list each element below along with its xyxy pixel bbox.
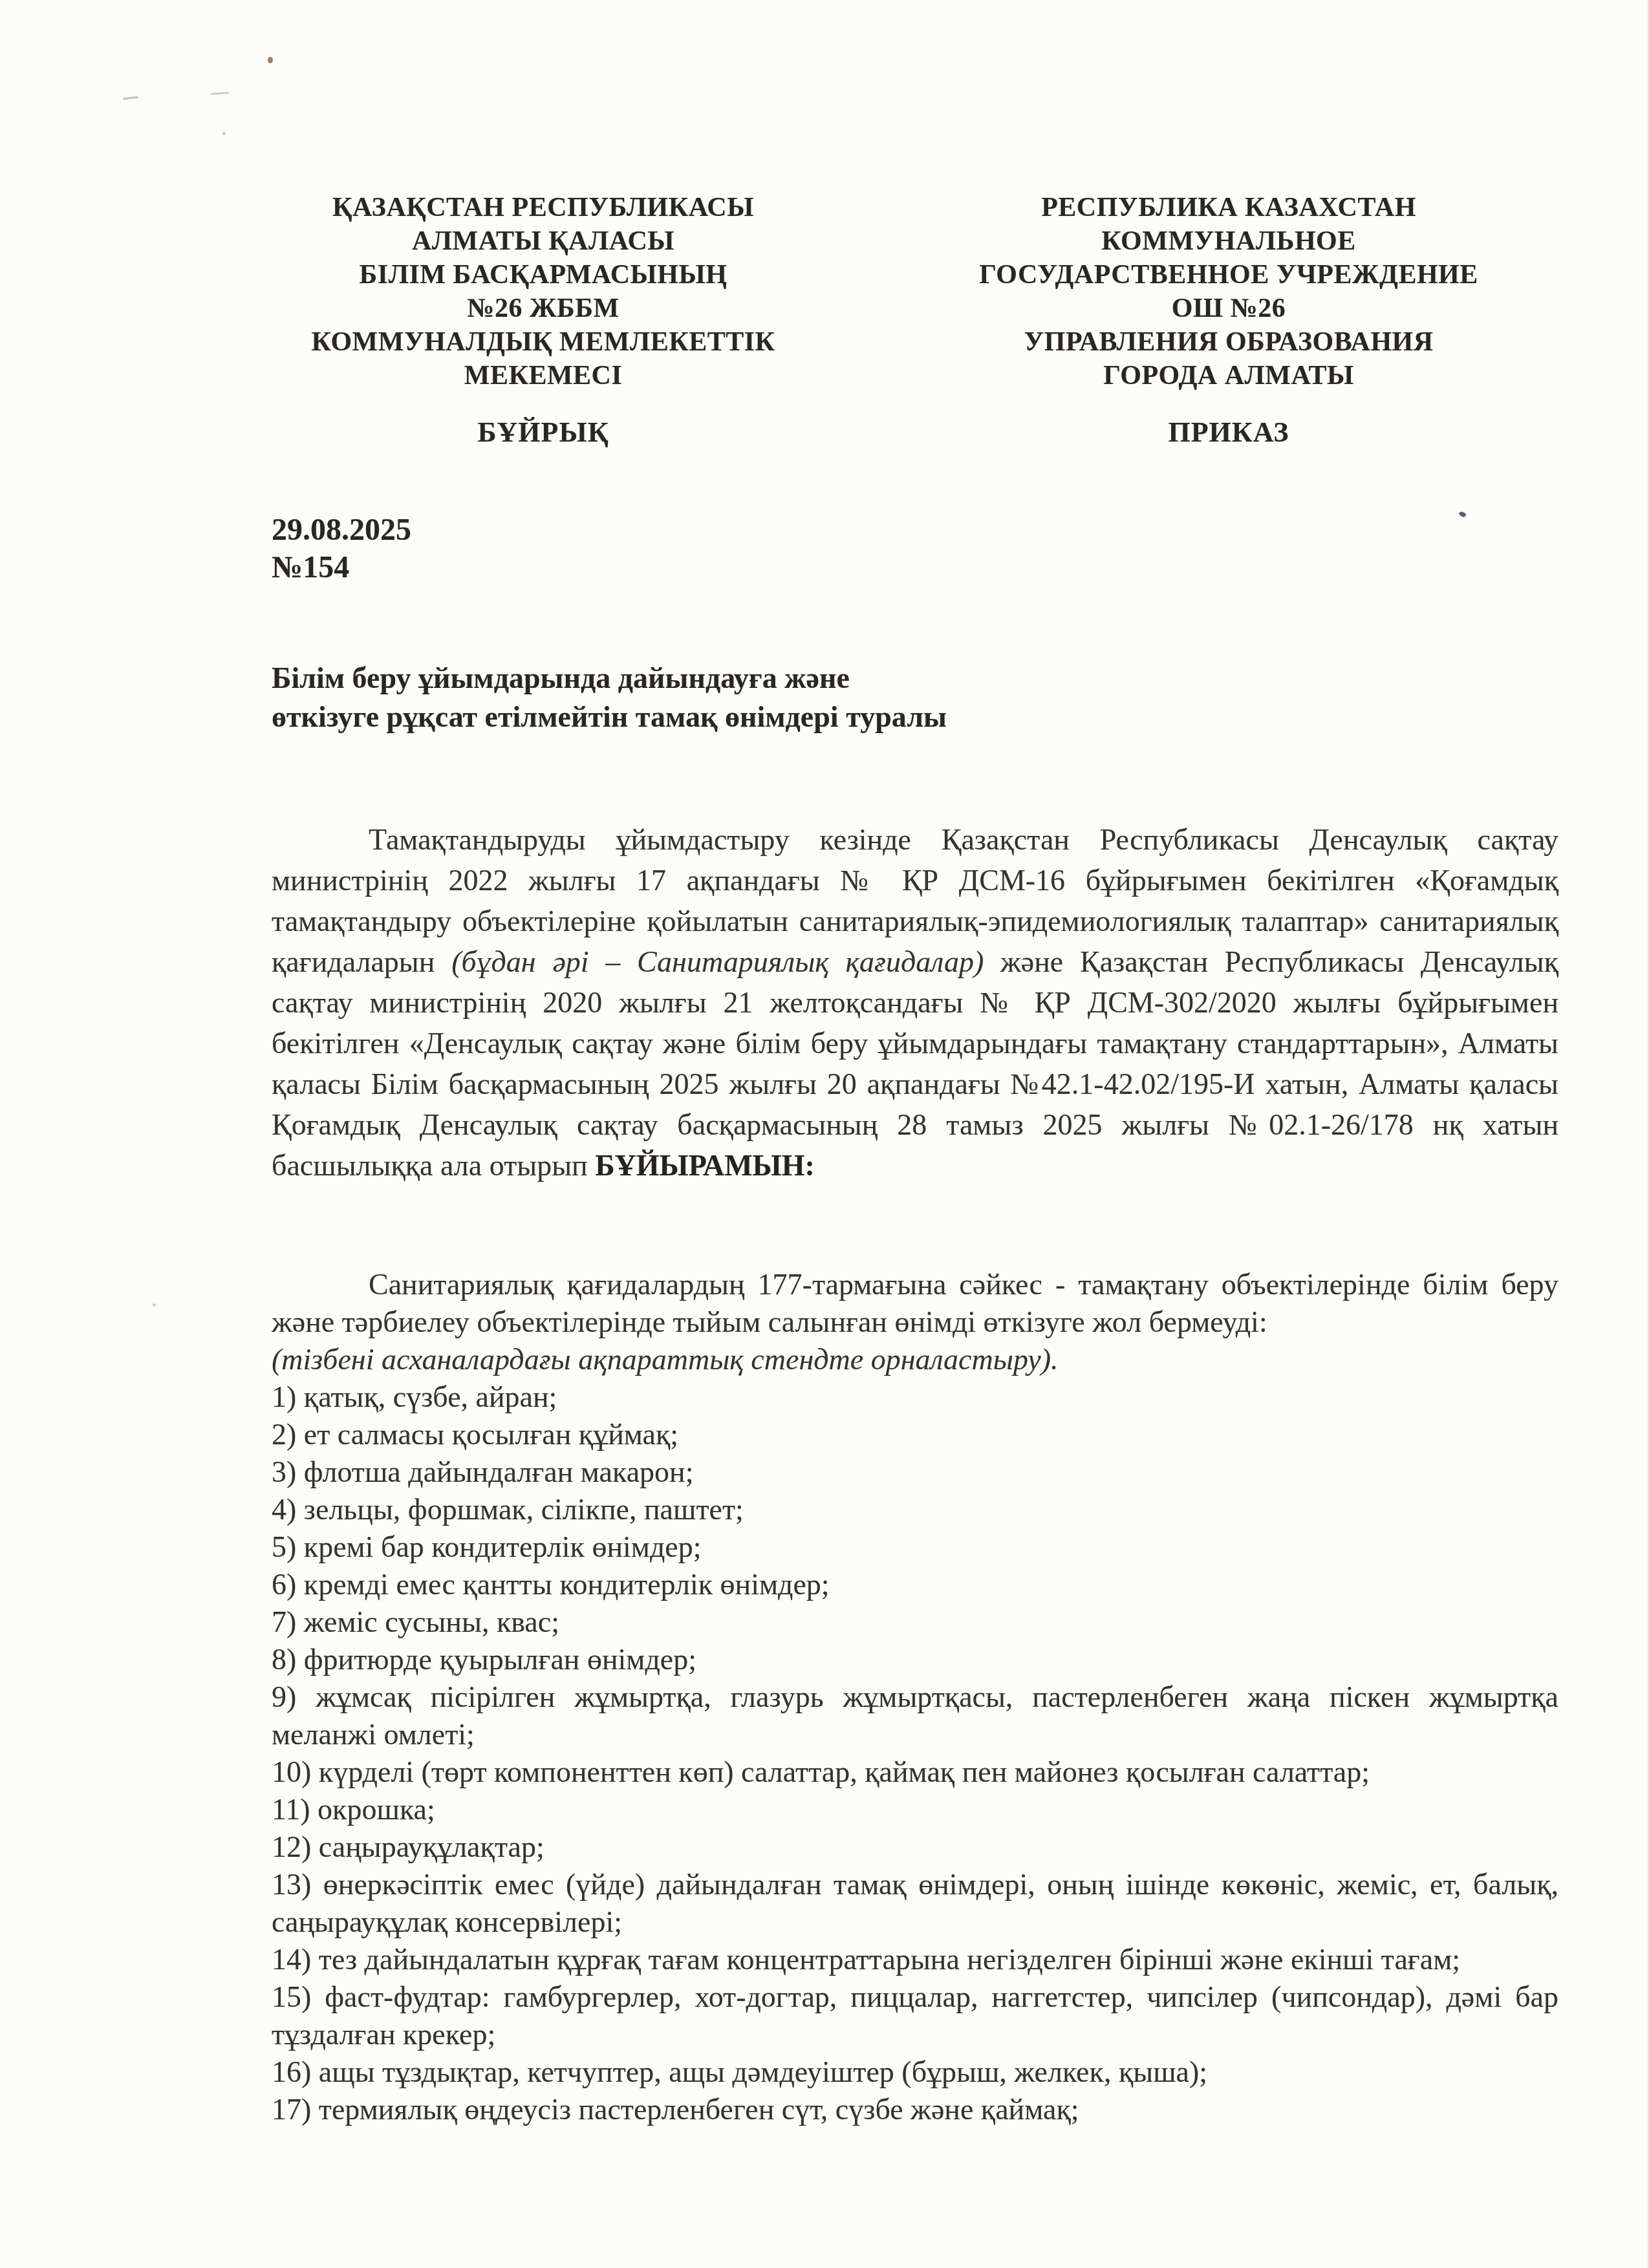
letterhead-line: БІЛІМ БАСҚАРМАСЫНЫҢ bbox=[272, 258, 815, 292]
letterhead-line: КОММУНАЛЬНОЕ bbox=[938, 224, 1520, 258]
list-item: 9) жұмсақ пісірілген жұмыртқа, глазурь ж… bbox=[272, 1678, 1558, 1753]
preamble-paragraph: Тамақтандыруды ұйымдастыру кезінде Қазақ… bbox=[272, 819, 1558, 1186]
prohibited-items-list: 1) қатық, сүзбе, айран; 2) ет салмасы қо… bbox=[272, 1378, 1558, 2128]
list-item: 3) флотша дайындалған макарон; bbox=[272, 1453, 1558, 1491]
letterhead-line: РЕСПУБЛИКА КАЗАХСТАН bbox=[938, 191, 1520, 224]
letterhead-line: ГОРОДА АЛМАТЫ bbox=[938, 359, 1520, 392]
subject-line-2: өткізуге рұқсат етілмейтін тамақ өнімдер… bbox=[272, 698, 1558, 736]
list-item: 14) тез дайындалатын құрғақ тағам концен… bbox=[272, 1941, 1558, 1978]
letterhead-line: МЕКЕМЕСІ bbox=[272, 359, 815, 392]
list-item: 12) саңырауқұлақтар; bbox=[272, 1828, 1558, 1866]
order-number: №154 bbox=[272, 549, 1558, 586]
decree-word: БҰЙЫРАМЫН: bbox=[595, 1149, 815, 1182]
letterhead-line: КОММУНАЛДЫҚ МЕМЛЕКЕТТІК bbox=[272, 325, 815, 359]
list-item: 8) фритюрде қуырылған өнімдер; bbox=[272, 1641, 1558, 1678]
letterhead-russian: РЕСПУБЛИКА КАЗАХСТАН КОММУНАЛЬНОЕ ГОСУДА… bbox=[938, 191, 1520, 392]
letterhead-line: ГОСУДАРСТВЕННОЕ УЧРЕЖДЕНИЕ bbox=[938, 258, 1520, 292]
order-word-russian: ПРИКАЗ bbox=[938, 416, 1520, 449]
list-item: 4) зельцы, форшмак, сілікпе, паштет; bbox=[272, 1491, 1558, 1528]
list-item: 2) ет салмасы қосылған құймақ; bbox=[272, 1416, 1558, 1453]
order-date: 29.08.2025 bbox=[272, 511, 1558, 549]
list-item: 16) ащы тұздықтар, кетчуптер, ащы дәмдеу… bbox=[272, 2053, 1558, 2091]
directive-paragraph: Санитариялық қағидалардың 177-тармағына … bbox=[272, 1266, 1558, 1341]
list-item: 15) фаст-фудтар: гамбургерлер, хот-догта… bbox=[272, 1978, 1558, 2053]
letterhead-line: АЛМАТЫ ҚАЛАСЫ bbox=[272, 224, 815, 258]
directive-italic-note: (тізбені асханалардағы ақпараттық стендт… bbox=[272, 1341, 1558, 1378]
letterhead-line: ОШ №26 bbox=[938, 292, 1520, 325]
subject-line-1: Білім беру ұйымдарында дайындауға және bbox=[272, 659, 1558, 698]
list-item: 10) күрделі (төрт компоненттен көп) сала… bbox=[272, 1753, 1558, 1791]
letterhead: ҚАЗАҚСТАН РЕСПУБЛИКАСЫ АЛМАТЫ ҚАЛАСЫ БІЛ… bbox=[272, 0, 1558, 392]
letterhead-line: №26 ЖББМ bbox=[272, 292, 815, 325]
page-content: ҚАЗАҚСТАН РЕСПУБЛИКАСЫ АЛМАТЫ ҚАЛАСЫ БІЛ… bbox=[0, 0, 1649, 2128]
preamble-text-2: және Қазақстан Республикасы Денсаулық са… bbox=[272, 945, 1558, 1182]
order-meta: 29.08.2025 №154 bbox=[272, 511, 1558, 586]
list-item: 7) жеміс сусыны, квас; bbox=[272, 1603, 1558, 1641]
order-subject: Білім беру ұйымдарында дайындауға және ө… bbox=[272, 659, 1558, 736]
preamble-italic-clause: (бұдан әрі – Санитариялық қағидалар) bbox=[451, 945, 984, 978]
order-word-kazakh: БҰЙРЫҚ bbox=[272, 416, 815, 449]
list-item: 17) термиялық өңдеусіз пастерленбеген сү… bbox=[272, 2091, 1558, 2128]
order-word-row: БҰЙРЫҚ ПРИКАЗ bbox=[272, 416, 1558, 449]
list-item: 6) кремді емес қантты кондитерлік өнімде… bbox=[272, 1566, 1558, 1603]
scanned-order-page: ҚАЗАҚСТАН РЕСПУБЛИКАСЫ АЛМАТЫ ҚАЛАСЫ БІЛ… bbox=[0, 0, 1649, 2268]
list-item: 11) окрошка; bbox=[272, 1791, 1558, 1828]
list-item: 1) қатық, сүзбе, айран; bbox=[272, 1378, 1558, 1416]
letterhead-kazakh: ҚАЗАҚСТАН РЕСПУБЛИКАСЫ АЛМАТЫ ҚАЛАСЫ БІЛ… bbox=[272, 191, 815, 392]
letterhead-line: ҚАЗАҚСТАН РЕСПУБЛИКАСЫ bbox=[272, 191, 815, 224]
letterhead-line: УПРАВЛЕНИЯ ОБРАЗОВАНИЯ bbox=[938, 325, 1520, 359]
list-item: 13) өнеркәсіптік емес (үйде) дайындалған… bbox=[272, 1866, 1558, 1941]
list-item: 5) кремі бар кондитерлік өнімдер; bbox=[272, 1528, 1558, 1566]
